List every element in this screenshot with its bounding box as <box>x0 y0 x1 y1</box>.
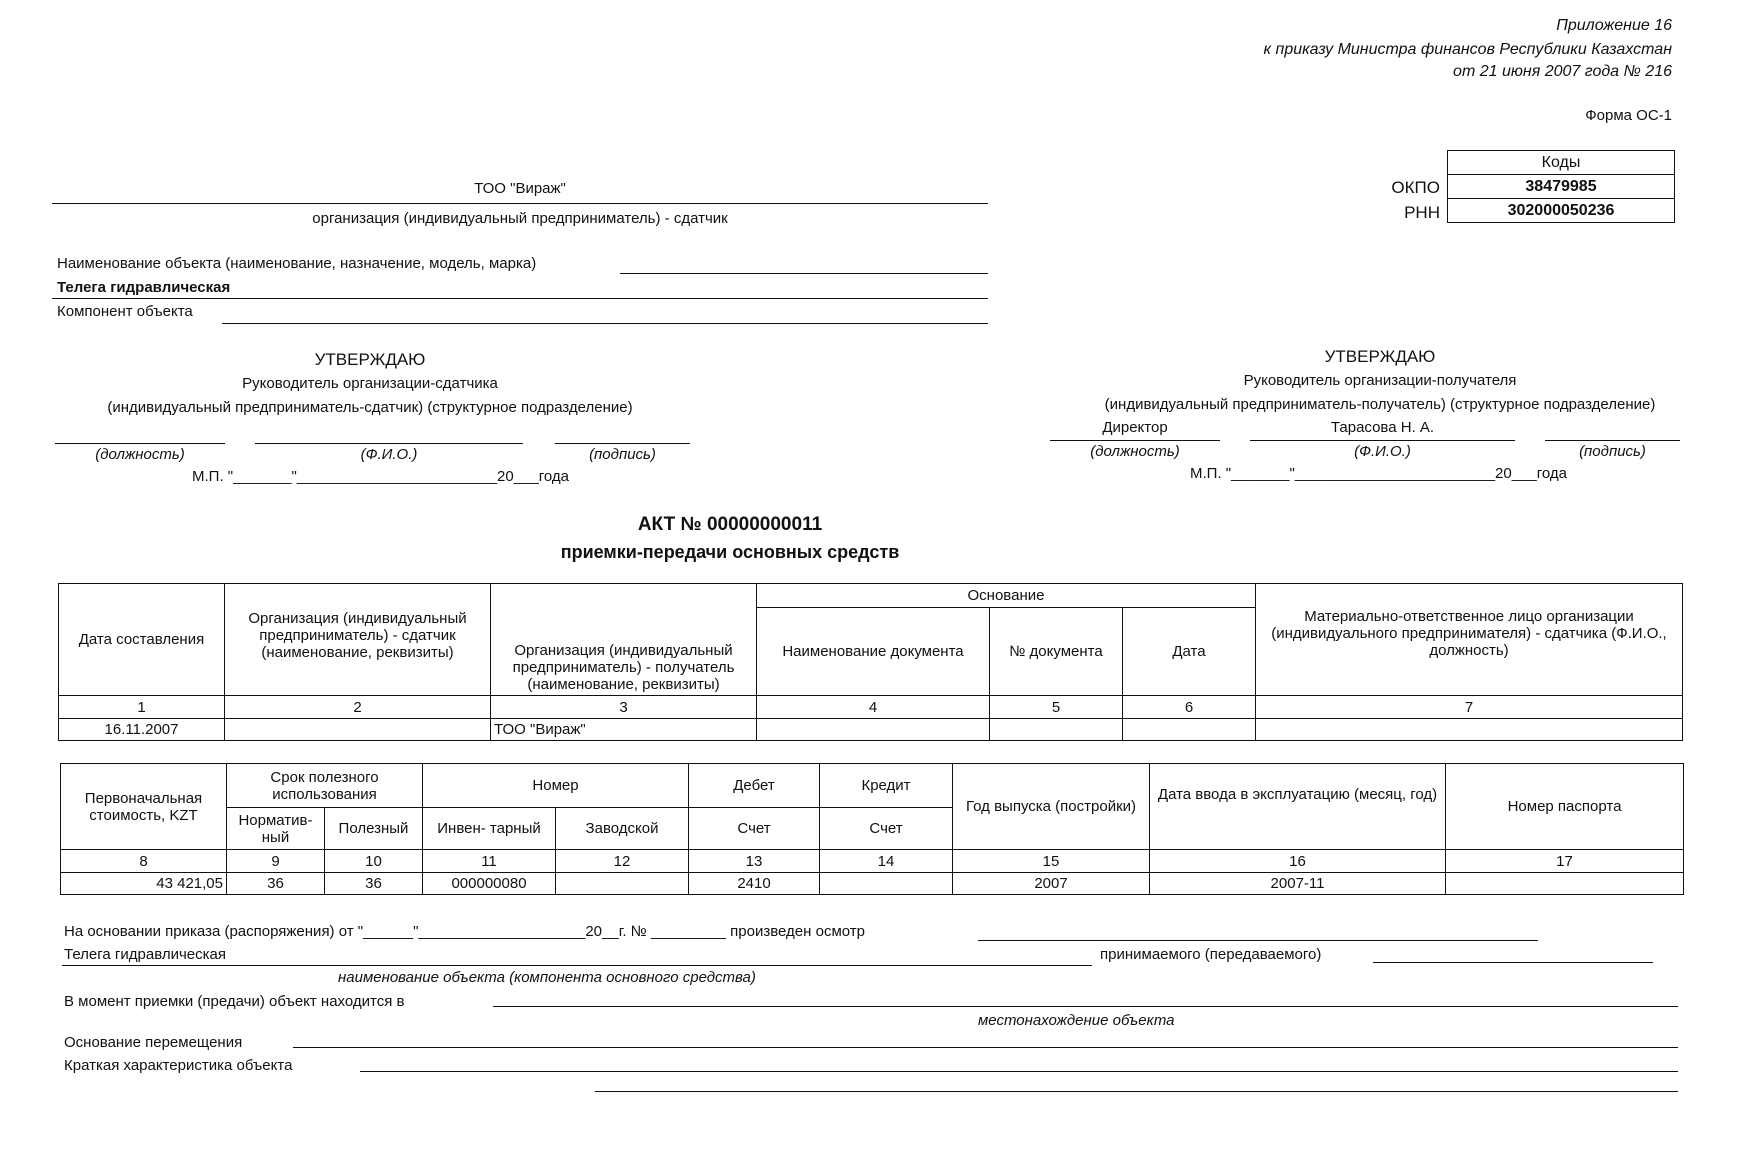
form-name: Форма ОС-1 <box>1585 107 1672 124</box>
col-number: 1 <box>59 696 225 719</box>
cell-inventory-number[interactable]: 000000080 <box>423 873 556 895</box>
short-desc-line <box>360 1071 1678 1072</box>
rnn-value: 302000050236 <box>1448 199 1675 223</box>
col-number: 9 <box>227 850 325 873</box>
col-number: 12 <box>556 850 689 873</box>
col-number: 4 <box>757 696 990 719</box>
cell-normative[interactable]: 36 <box>227 873 325 895</box>
right-signature-caption: (подпись) <box>1545 443 1680 460</box>
act-title: АКТ № 00000000011 <box>430 514 1030 536</box>
inspection-line <box>978 940 1538 941</box>
right-position-value[interactable]: Директор <box>1050 419 1220 436</box>
accepted-label: принимаемого (передаваемого) <box>1100 946 1321 963</box>
right-fio-line <box>1250 440 1515 441</box>
column-number-row: 1 2 3 4 5 6 7 <box>59 696 1683 719</box>
left-stamp-date: М.П. "_______"________________________20… <box>192 468 569 485</box>
col-number: 2 <box>225 696 491 719</box>
right-signature-line <box>1545 440 1680 441</box>
location-label: В момент приемки (предачи) объект находи… <box>64 993 405 1010</box>
left-position-caption: (должность) <box>55 446 225 463</box>
col-number: 5 <box>990 696 1123 719</box>
order-date: от 21 июня 2007 года № 216 <box>1453 63 1672 81</box>
approve-right-line1: Руководитель организации-получателя <box>1030 372 1730 389</box>
header-useful-life: Срок полезного использования <box>227 764 423 808</box>
act-subtitle: приемки-передачи основных средств <box>430 542 1030 563</box>
col-number: 14 <box>820 850 953 873</box>
transfer-info-table: Дата составления Организация (индивидуал… <box>58 583 1683 741</box>
left-position-line <box>55 443 225 444</box>
object-name-value[interactable]: Телега гидравлическая <box>57 279 230 296</box>
cell-useful[interactable]: 36 <box>325 873 423 895</box>
left-fio-line <box>255 443 523 444</box>
header-doc-number: № документа <box>990 608 1123 696</box>
accepted-line <box>1373 962 1653 963</box>
column-number-row: 8 9 10 11 12 13 14 15 16 17 <box>61 850 1684 873</box>
sender-org-name: ТОО "Вираж" <box>52 180 988 197</box>
col-number: 11 <box>423 850 556 873</box>
cell-doc-date[interactable] <box>1123 719 1256 741</box>
cell-factory-number[interactable] <box>556 873 689 895</box>
header-sender-org: Организация (индивидуальный предпринимат… <box>225 584 491 696</box>
cell-receiver-org[interactable]: ТОО "Вираж" <box>491 719 757 741</box>
footer-object-name[interactable]: Телега гидравлическая <box>64 946 226 963</box>
right-position-caption: (должность) <box>1050 443 1220 460</box>
asset-details-table: Первоначальная стоимость, KZT Срок полез… <box>60 763 1684 895</box>
cell-commission-date[interactable]: 2007-11 <box>1150 873 1446 895</box>
component-line <box>222 323 988 324</box>
cell-credit-account[interactable] <box>820 873 953 895</box>
header-normative: Норматив-ный <box>227 808 325 850</box>
okpo-value: 38479985 <box>1448 175 1675 199</box>
header-debit: Дебет <box>689 764 820 808</box>
order-reference: к приказу Министра финансов Республики К… <box>1264 41 1672 59</box>
order-basis-line: На основании приказа (распоряжения) от "… <box>64 923 865 940</box>
object-name-line <box>620 273 988 274</box>
cell-doc-number[interactable] <box>990 719 1123 741</box>
col-number: 6 <box>1123 696 1256 719</box>
header-basis: Основание <box>757 584 1256 608</box>
appendix-label: Приложение 16 <box>1556 17 1672 35</box>
header-doc-name: Наименование документа <box>757 608 990 696</box>
right-stamp-date: М.П. "_______"________________________20… <box>1190 465 1567 482</box>
right-position-line <box>1050 440 1220 441</box>
object-name-label: Наименование объекта (наименование, назн… <box>57 255 536 272</box>
header-year: Год выпуска (постройки) <box>953 764 1150 850</box>
header-doc-date: Дата <box>1123 608 1256 696</box>
transfer-basis-line <box>293 1047 1678 1048</box>
header-responsible: Материально-ответственное лицо организац… <box>1256 584 1683 696</box>
header-credit: Кредит <box>820 764 953 808</box>
left-signature-line <box>555 443 690 444</box>
left-fio-caption: (Ф.И.О.) <box>255 446 523 463</box>
short-desc-line-2 <box>595 1091 1678 1092</box>
header-inventory: Инвен- тарный <box>423 808 556 850</box>
approve-left-title: УТВЕРЖДАЮ <box>60 350 680 370</box>
object-name-value-line <box>52 298 988 299</box>
right-fio-value[interactable]: Тарасова Н. А. <box>1250 419 1515 436</box>
table-row: 43 421,05 36 36 000000080 2410 2007 2007… <box>61 873 1684 895</box>
cell-sender-org[interactable] <box>225 719 491 741</box>
location-line <box>493 1006 1678 1007</box>
header-factory: Заводской <box>556 808 689 850</box>
header-commission-date: Дата ввода в эксплуатацию (месяц, год) <box>1150 764 1446 850</box>
short-desc-label: Краткая характеристика объекта <box>64 1057 292 1074</box>
cell-date[interactable]: 16.11.2007 <box>59 719 225 741</box>
rnn-label: РНН <box>1370 203 1440 223</box>
approve-right-title: УТВЕРЖДАЮ <box>1030 347 1730 367</box>
approve-left-line2: (индивидуальный предприниматель-сдатчик)… <box>60 399 680 416</box>
cell-responsible[interactable] <box>1256 719 1683 741</box>
object-caption: наименование объекта (компонента основно… <box>338 969 756 986</box>
component-label: Компонент объекта <box>57 303 193 320</box>
col-number: 3 <box>491 696 757 719</box>
col-number: 17 <box>1446 850 1684 873</box>
sender-org-line <box>52 203 988 204</box>
codes-title: Коды <box>1448 151 1675 175</box>
header-useful: Полезный <box>325 808 423 850</box>
col-number: 15 <box>953 850 1150 873</box>
right-fio-caption: (Ф.И.О.) <box>1250 443 1515 460</box>
col-number: 7 <box>1256 696 1683 719</box>
cell-passport[interactable] <box>1446 873 1684 895</box>
header-date: Дата составления <box>59 584 225 696</box>
transfer-basis-label: Основание перемещения <box>64 1034 242 1051</box>
okpo-label: ОКПО <box>1370 178 1440 198</box>
header-passport: Номер паспорта <box>1446 764 1684 850</box>
col-number: 10 <box>325 850 423 873</box>
cell-initial-cost[interactable]: 43 421,05 <box>61 873 227 895</box>
left-signature-caption: (подпись) <box>555 446 690 463</box>
header-initial-cost: Первоначальная стоимость, KZT <box>61 764 227 850</box>
cell-debit-account[interactable]: 2410 <box>689 873 820 895</box>
location-caption: местонахождение объекта <box>978 1012 1175 1029</box>
cell-doc-name[interactable] <box>757 719 990 741</box>
col-number: 16 <box>1150 850 1446 873</box>
approve-left-line1: Руководитель организации-сдатчика <box>60 375 680 392</box>
header-credit-account: Счет <box>820 808 953 850</box>
cell-year[interactable]: 2007 <box>953 873 1150 895</box>
col-number: 13 <box>689 850 820 873</box>
header-number: Номер <box>423 764 689 808</box>
col-number: 8 <box>61 850 227 873</box>
header-debit-account: Счет <box>689 808 820 850</box>
table-row: 16.11.2007 ТОО "Вираж" <box>59 719 1683 741</box>
footer-object-line <box>62 965 1092 966</box>
codes-table: Коды 38479985 302000050236 <box>1447 150 1675 223</box>
header-receiver-org: Организация (индивидуальный предпринимат… <box>491 584 757 696</box>
sender-org-caption: организация (индивидуальный предпринимат… <box>52 210 988 227</box>
approve-right-line2: (индивидуальный предприниматель-получате… <box>1030 396 1730 413</box>
